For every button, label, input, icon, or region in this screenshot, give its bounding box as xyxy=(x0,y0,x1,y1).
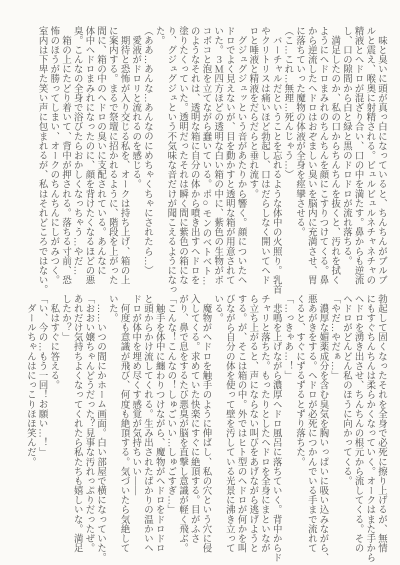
scanned-page: 味と臭いに頭が真っ白になっていると、ちんちんがブルブルと震え、喉奥に射精される。… xyxy=(0,0,400,565)
text-line: くると、すぐにずるずるとずり落ちた。 xyxy=(292,294,304,526)
text-line: 愛液がドロリと流れるのを感じる。 xyxy=(129,26,141,274)
text-line: 塗りたくっていた。透明だったそれは瞬く間に紫色の箱にな xyxy=(175,26,187,274)
text-line: し、口の隙間から白と緑と黒のドロドロが流れ落ちる。 xyxy=(339,26,351,274)
text-line: にもすぐちんちんは柔らかくなっていく。オークはまた手から xyxy=(363,294,375,526)
text-line: 臭。こんなの全身で浴びたらおかしくなっちゃう…やだ… xyxy=(70,26,82,274)
text-line: やクリトリスは痛いほど勃起し、口はだらしなく開いてヘド xyxy=(257,26,269,274)
text-line: に案内する。まるで祭壇に招かれるように、階段を上がった xyxy=(105,26,117,274)
text-line: 精液とヘドロが混ざり合い、口の中を満たす。鼻からも逆流 xyxy=(351,26,363,274)
text-line: 怖のほうが勝ってしまい、オークのちんちんにしがみつく。 xyxy=(47,26,59,274)
text-line: 悪あがきをする。ヘドロが必死につかんでいる手まで流れて xyxy=(304,294,316,526)
text-line: 箱の上にたどり着いて、背中が押される。落ちる寸前、恐 xyxy=(58,26,70,274)
text-line: 勃起して固くなったそれを全身で必死に擦り上げるが、無情 xyxy=(374,294,386,526)
text-line: 私はすぐに答える。 xyxy=(47,294,59,526)
text-line: （ああ…あんな…あんなのにめちゃくちゃにされたら…） xyxy=(140,26,152,274)
text-line: がり、鼻で息をするたび悪臭が脳を直撃し意識が軽く飛ぶ。 xyxy=(175,294,187,526)
text-line: バーチャルだということを忘れるような体中の火照り。乳首 xyxy=(269,26,281,274)
text-line: た。 xyxy=(152,26,164,274)
text-line: 「やだ…やだぁ…」 xyxy=(327,294,339,526)
text-line: ドロでよく見えないが、目を動かすと透明な箱が用意されて xyxy=(222,26,234,274)
text-line: 何度も意識が飛び、何度も絶頂する。気づいたら気絶して xyxy=(117,294,129,526)
text-line: 室内は下卑た笑い声に包まれるが、私はそれどころではない。 xyxy=(35,26,47,274)
text-line: 「い、今の…もう一回！お願い…！」 xyxy=(35,294,47,526)
text-line: コボコと泡を立てながら蠢いている。ポ○モンのベトベト… xyxy=(199,26,211,274)
text-line: ドロが体中を埋め尽くす感覚が気持ちいい―― xyxy=(129,294,141,526)
text-line: ヘドロを湧き出させ、ちんちんの根元から流してくる。その xyxy=(351,294,363,526)
text-line: 期待と恐怖が入り交じる私を、オークは持ち上げ、箱の上 xyxy=(117,26,129,274)
text-line: ルと震え、喉奥に射精される。ビュルビュルネチャネチャの xyxy=(363,26,375,274)
text-line: 「おおい嬢ちゃんどうだった？見事な汚れっぷりだったぜ。 xyxy=(82,294,94,526)
text-line: 入してくる。求めていた快楽にすぐに絶頂する。目がふさ xyxy=(187,294,199,526)
text-line: 魔物がヘドロを触手のように伸ばし、私の穴という穴に侵 xyxy=(199,294,211,526)
text-line: する。が、そこは箱の中。外ではヒト型のヘドロが何かを叫 xyxy=(234,294,246,526)
text-line: 悲鳴を上げながら濃厚ヘドロ風呂に落ちていく。背中からド xyxy=(269,294,281,526)
text-line: 満足したのか、私の口からちんちんを抜くと、汚れを拭く xyxy=(327,26,339,274)
bottom-text-block: 勃起して固くなったそれを全身で必死に擦り上げるが、無情にもすぐちんちんは柔らかく… xyxy=(23,294,386,526)
text-line: と頭からかけ流してくれる。生み出されたばかりの温かいヘ xyxy=(140,294,152,526)
text-line: 味と臭いに頭が真っ白になっていると、ちんちんがブルブ xyxy=(374,26,386,274)
text-line: ダールちゃんはにっこりほほ笑んだ。 xyxy=(23,294,35,526)
text-line: に落ちていった魔物の体液が全身を痙攣させる。 xyxy=(292,26,304,274)
text-line: 体中ヘドロまみれになったのに、顔を背けたくなるほどの悪 xyxy=(82,26,94,274)
text-line: ヘドロがどんどん私のほうに向かってくる。 xyxy=(339,294,351,526)
text-line: （こ…これ…無理…死んじゃう…） xyxy=(281,26,293,274)
text-line: のようなそれは、透明な箱に自分の体から噴き出すヘドロを xyxy=(187,26,199,274)
text-line: ロと唾液と精液をだらだらと垂れ流す。 xyxy=(246,26,258,274)
text-line: あれだけ気持ちよくなってくれたら私たちも嬉しいな。満足 xyxy=(70,294,82,526)
text-line: 「…っきゃあ…！」 xyxy=(281,294,293,526)
text-line: いた。３Ｍ四方ほどの透明な白い箱の中に、紫色の生物がボ xyxy=(210,26,222,274)
text-line: ようにヘドロまみれのちんちんを顔にこすりつけてくる。鼻 xyxy=(316,26,328,274)
text-line: いた。 xyxy=(105,294,117,526)
text-line: 触手を体中に纏わりつけながら、魔物がヘドロをドロドロ xyxy=(152,294,164,526)
text-line: チャリと落ちた。もったりとしたヘドロを全身にまといなが xyxy=(257,294,269,526)
text-line: したか？」 xyxy=(58,294,70,526)
top-text-block: 味と臭いに頭が真っ白になっていると、ちんちんがブルブルと震え、喉奥に射精される。… xyxy=(35,26,386,274)
text-line: 「こんな！こんなの！しゅごいい…しゅごすぎ…」 xyxy=(164,294,176,526)
text-line: ら立ち上がると、声にならない叫びをあげながら逃げようと xyxy=(246,294,258,526)
text-line: り、グジュグジュという不気味な音だけが聞こえるようになっ xyxy=(164,26,176,274)
text-line: グジュグジュッという音があたりから響く。顔についたヘ xyxy=(234,26,246,274)
text-line: 濃厚な媚薬成分を含む臭気を胸いっぱいに吸い込みながら、 xyxy=(316,294,328,526)
text-line: から逆流したヘドロはおぞましい臭いを脳内に充満させ、胃 xyxy=(304,26,316,274)
text-line: 間に、箱の中のヘドロの臭いに支配されている。あんなに xyxy=(93,26,105,274)
text-line: ……いつの間にかホーム画面。白い部屋で横になっていた。 xyxy=(93,294,105,526)
text-line: いる。 xyxy=(210,294,222,526)
text-line: びながら自分の体を使って壁を汚している光景に沸き立って xyxy=(222,294,234,526)
